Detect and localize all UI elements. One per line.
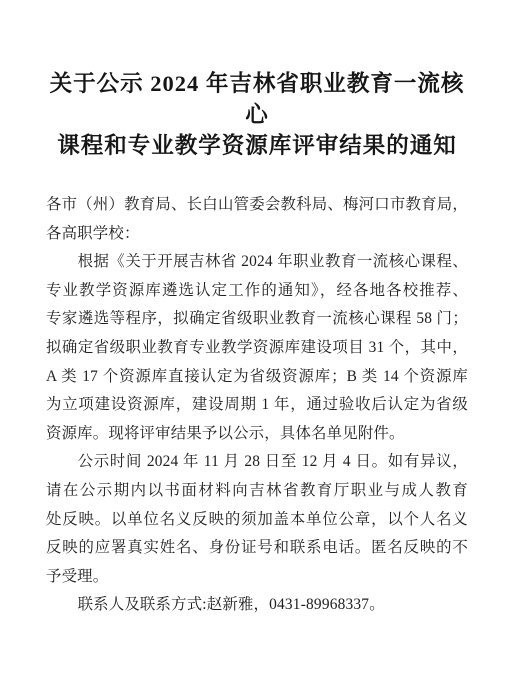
notice-document-page: 关于公示 2024 年吉林省职业教育一流核心 课程和专业教学资源库评审结果的通知… bbox=[0, 0, 516, 676]
body-line-recipients: 各市（州）教育局、长白山管委会教科局、梅河口市教育局， bbox=[46, 191, 468, 220]
body-line-para1-5: A 类 17 个资源库直接认定为省级资源库；B 类 14 个资源库 bbox=[46, 363, 468, 392]
notice-title: 关于公示 2024 年吉林省职业教育一流核心 课程和专业教学资源库评审结果的通知 bbox=[46, 68, 468, 161]
body-line-recipients-2: 各高职学校： bbox=[46, 220, 468, 249]
body-line-para1-3: 专家遴选等程序，拟确定省级职业教育一流核心课程 58 门； bbox=[46, 305, 468, 334]
notice-body: 各市（州）教育局、长白山管委会教科局、梅河口市教育局， 各高职学校： 根据《关于… bbox=[46, 191, 468, 620]
body-line-para2-5: 予受理。 bbox=[46, 563, 468, 592]
body-line-para2-3: 处反映。以单位名义反映的须加盖本单位公章，以个人名义 bbox=[46, 506, 468, 535]
body-line-para1-7: 资源库。现将评审结果予以公示，具体名单见附件。 bbox=[46, 420, 468, 449]
notice-title-line-1: 关于公示 2024 年吉林省职业教育一流核心 bbox=[46, 68, 468, 130]
body-line-para1-1: 根据《关于开展吉林省 2024 年职业教育一流核心课程、 bbox=[46, 248, 468, 277]
body-line-contact: 联系人及联系方式:赵新雅，0431-89968337。 bbox=[46, 591, 468, 620]
body-line-para2-1: 公示时间 2024 年 11 月 28 日至 12 月 4 日。如有异议， bbox=[46, 448, 468, 477]
body-line-para1-2: 专业教学资源库遴选认定工作的通知》，经各地各校推荐、 bbox=[46, 277, 468, 306]
notice-title-line-2: 课程和专业教学资源库评审结果的通知 bbox=[46, 130, 468, 161]
body-line-para1-4: 拟确定省级职业教育专业教学资源库建设项目 31 个，其中， bbox=[46, 334, 468, 363]
body-line-para1-6: 为立项建设资源库，建设周期 1 年，通过验收后认定为省级 bbox=[46, 391, 468, 420]
body-line-para2-4: 反映的应署真实姓名、身份证号和联系电话。匿名反映的不 bbox=[46, 534, 468, 563]
body-line-para2-2: 请在公示期内以书面材料向吉林省教育厅职业与成人教育 bbox=[46, 477, 468, 506]
